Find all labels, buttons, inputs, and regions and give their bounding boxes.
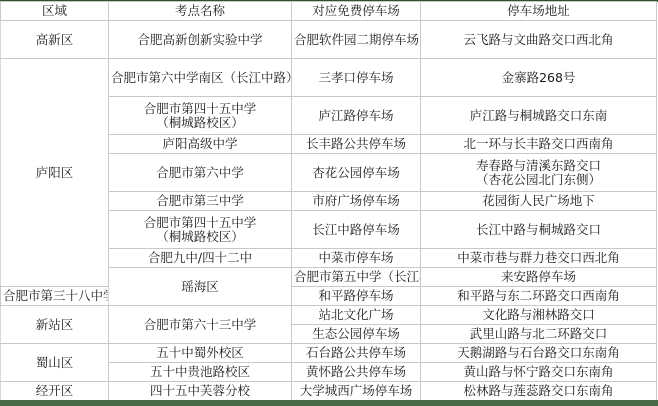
school-cell: 庐阳高级中学 — [109, 135, 292, 154]
district-cell: 高新区 — [1, 21, 109, 59]
school-cell: 合肥市第六十三中学 — [109, 306, 292, 344]
address-cell: 北一环与长丰路交口西南角 — [421, 135, 657, 154]
address-cell: 花园街人民广场地下 — [421, 192, 657, 211]
parking-table: 区域 考点名称 对应免费停车场 停车场地址 高新区合肥高新创新实验中学合肥软件园… — [0, 1, 657, 401]
address-cell: 武里山路与北二环路交口 — [421, 325, 657, 344]
parking-cell: 大学城西广场停车场 — [292, 382, 421, 401]
district-cell: 庐阳区 — [1, 59, 109, 287]
table-row: 高新区合肥高新创新实验中学合肥软件园二期停车场云飞路与文曲路交口西北角 — [1, 21, 657, 59]
table-row: 经开区四十五中芙蓉分校大学城西广场停车场松林路与莲蕊路交口东南角 — [1, 382, 657, 401]
school-cell: 合肥市第三十八中学(和平校区) — [1, 287, 109, 306]
school-cell: 五十中蜀外校区 — [109, 344, 292, 363]
school-cell: 合肥市第五中学（长江校区） — [292, 268, 421, 287]
parking-cell: 杏花公园停车场 — [292, 154, 421, 192]
parking-cell: 市府广场停车场 — [292, 192, 421, 211]
parking-cell: 三孝口停车场 — [292, 59, 421, 97]
address-cell: 中菜市巷与群力巷交口西北角 — [421, 249, 657, 268]
address-cell: 长江中路与桐城路交口 — [421, 211, 657, 249]
table-body: 高新区合肥高新创新实验中学合肥软件园二期停车场云飞路与文曲路交口西北角庐阳区合肥… — [1, 21, 657, 401]
address-cell: 文化路与湘林路交口 — [421, 306, 657, 325]
parking-cell: 长江中路停车场 — [292, 211, 421, 249]
district-cell: 新站区 — [1, 306, 109, 344]
parking-cell: 合肥软件园二期停车场 — [292, 21, 421, 59]
address-cell: 金寨路268号 — [421, 59, 657, 97]
bottom-bar — [0, 400, 658, 406]
parking-cell: 黄怀路公共停车场 — [292, 363, 421, 382]
header-school: 考点名称 — [109, 2, 292, 21]
parking-cell: 生态公园停车场 — [292, 325, 421, 344]
header-district: 区域 — [1, 2, 109, 21]
header-row: 区域 考点名称 对应免费停车场 停车场地址 — [1, 2, 657, 21]
address-cell: 黄山路与怀宁路交口东南角 — [421, 363, 657, 382]
school-cell: 合肥市第三中学 — [109, 192, 292, 211]
parking-cell: 长丰路公共停车场 — [292, 135, 421, 154]
address-cell: 庐江路与桐城路交口东南 — [421, 97, 657, 135]
parking-cell: 来安路停车场 — [421, 268, 657, 287]
header-parking: 对应免费停车场 — [292, 2, 421, 21]
address-cell: 和平路与东二环路交口西南角 — [421, 287, 657, 306]
school-cell: 合肥九中/四十二中 — [109, 249, 292, 268]
table-row: 庐阳区合肥市第六中学南区（长江中路）三孝口停车场金寨路268号 — [1, 59, 657, 97]
district-cell: 蜀山区 — [1, 344, 109, 382]
parking-cell: 庐江路停车场 — [292, 97, 421, 135]
table-row: 蜀山区五十中蜀外校区石台路公共停车场天鹅湖路与石台路交口东南角 — [1, 344, 657, 363]
district-cell: 瑶海区 — [109, 268, 292, 306]
header-address: 停车场地址 — [421, 2, 657, 21]
school-cell: 合肥市第六中学 — [109, 154, 292, 192]
table-row: 合肥市第三十八中学(和平校区)和平路停车场和平路与东二环路交口西南角 — [1, 287, 657, 306]
school-cell: 四十五中芙蓉分校 — [109, 382, 292, 401]
parking-cell: 中菜市停车场 — [292, 249, 421, 268]
school-cell: 合肥市第六中学南区（长江中路） — [109, 59, 292, 97]
school-cell: 合肥市第四十五中学（桐城路校区） — [109, 97, 292, 135]
address-cell: 松林路与莲蕊路交口东南角 — [421, 382, 657, 401]
address-cell: 云飞路与文曲路交口西北角 — [421, 21, 657, 59]
school-cell: 合肥高新创新实验中学 — [109, 21, 292, 59]
address-cell: 寿春路与清溪东路交口（杏花公园北门东侧） — [421, 154, 657, 192]
parking-cell: 石台路公共停车场 — [292, 344, 421, 363]
school-cell: 合肥市第四十五中学（桐城路校区） — [109, 211, 292, 249]
address-cell: 天鹅湖路与石台路交口东南角 — [421, 344, 657, 363]
table-row: 新站区合肥市第六十三中学站北文化广场文化路与湘林路交口 — [1, 306, 657, 325]
parking-cell: 站北文化广场 — [292, 306, 421, 325]
parking-cell: 和平路停车场 — [292, 287, 421, 306]
district-cell: 经开区 — [1, 382, 109, 401]
school-cell: 五十中贵池路校区 — [109, 363, 292, 382]
